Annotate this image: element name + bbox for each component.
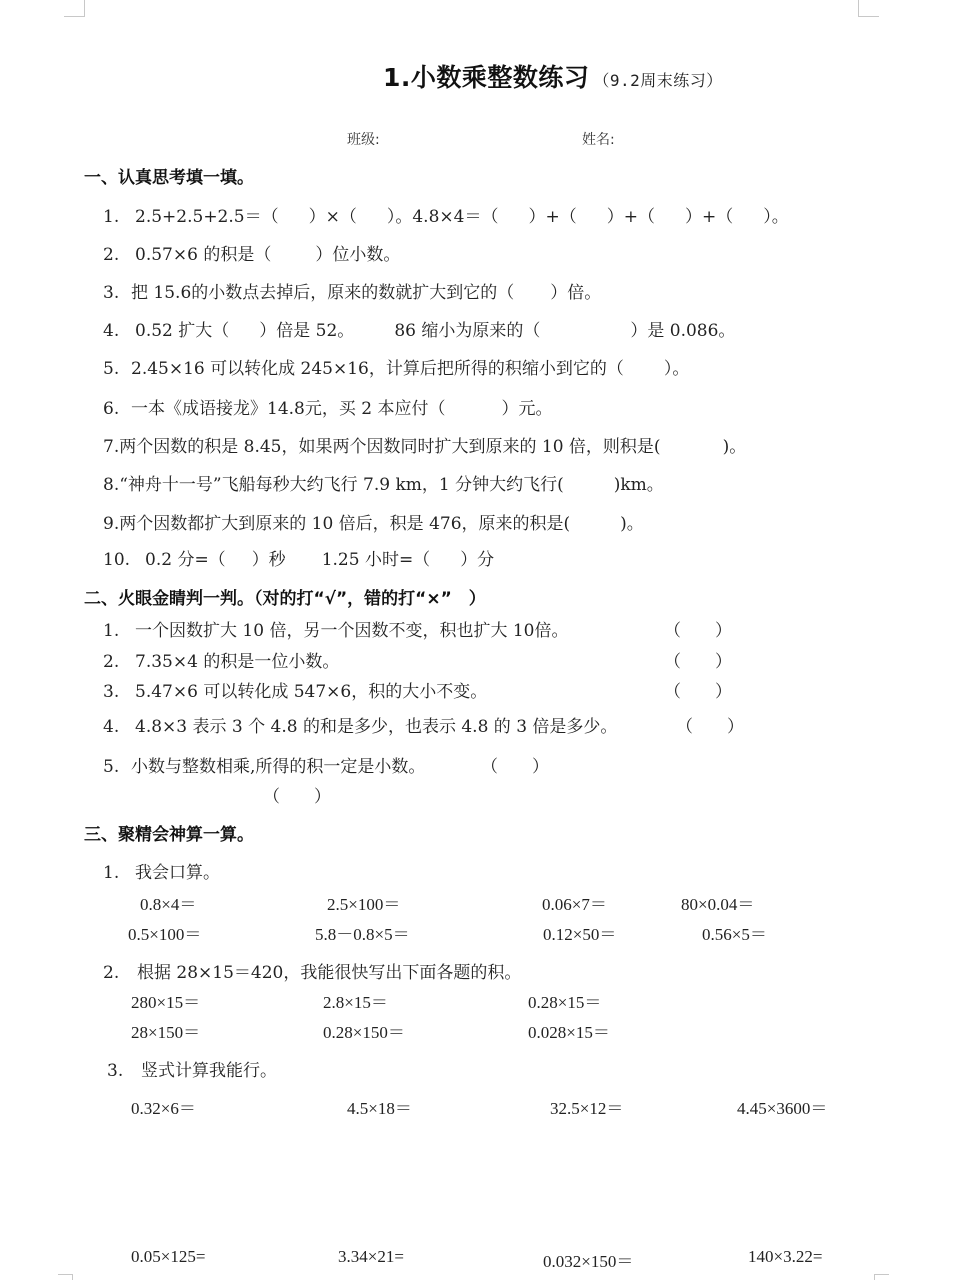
- oral-calc-item: 0.8×4＝: [140, 890, 196, 915]
- question-number: 5.: [103, 757, 131, 777]
- s2-answer-bracket-5[interactable]: （ ）: [481, 752, 549, 777]
- question-text: 7.35×4 的积是一位小数。: [135, 652, 339, 672]
- question-text: )km。: [614, 475, 664, 495]
- s1-question-9: 9.两个因数都扩大到原来的 10 倍后，积是 476，原来的积是()。: [103, 509, 644, 534]
- question-number: 5.: [103, 359, 131, 379]
- question-text: 5.47×6 可以转化成 547×6，积的大小不变。: [135, 682, 487, 702]
- class-field-label: 班级:: [347, 129, 380, 149]
- vertical-calc-item: 0.05×125=: [131, 1247, 205, 1267]
- question-text: )。: [620, 514, 644, 534]
- vertical-calc-item: 32.5×12＝: [550, 1094, 623, 1119]
- s1-question-10: 10.0.2 分=（）秒1.25 小时=（）分: [103, 545, 494, 570]
- question-text: 2.45×16 可以转化成 245×16，计算后把所得的积缩小到它的（: [131, 359, 624, 379]
- question-text: ）+（: [685, 207, 733, 227]
- s1-question-7: 7.两个因数的积是 8.45，如果两个因数同时扩大到原来的 10 倍，则积是()…: [103, 432, 746, 457]
- vertical-calc-item: 0.032×150＝: [543, 1247, 633, 1272]
- question-text: 0.57×6 的积是（: [135, 245, 271, 265]
- s2-extra-bracket[interactable]: （ ）: [263, 782, 331, 807]
- question-text: 一本《成语接龙》14.8元，买 2 本应付（: [131, 399, 445, 419]
- question-number: 7.: [103, 437, 119, 457]
- s1-question-3: 3.把 15.6的小数点去掉后，原来的数就扩大到它的（）倍。: [103, 278, 601, 303]
- question-number: 3.: [103, 283, 131, 303]
- oral-calc-item: 5.8－0.8×5＝: [315, 920, 410, 945]
- question-text: ）元。: [501, 399, 552, 419]
- question-text: ）。: [763, 207, 789, 227]
- oral-calc-item: 0.56×5＝: [702, 920, 767, 945]
- question-number: 2.: [103, 245, 135, 265]
- question-text: 1.25 小时=（: [322, 550, 431, 570]
- s2-answer-bracket-2[interactable]: （ ）: [664, 647, 732, 672]
- product-calc-item: 2.8×15＝: [323, 988, 388, 1013]
- question-number: 2.: [103, 652, 135, 672]
- s1-question-8: 8.“神舟十一号”飞船每秒大约飞行 7.9 km，1 分钟大约飞行()km。: [103, 470, 664, 495]
- section-1-heading: 一、认真思考填一填。: [84, 163, 254, 188]
- question-number: 1.: [103, 621, 135, 641]
- title-subtitle: （9.2周末练习）: [593, 71, 722, 90]
- question-number: 3.: [107, 1061, 141, 1081]
- question-number: 1.: [103, 863, 135, 883]
- question-text: 2.5+2.5+2.5＝（: [135, 207, 279, 227]
- question-number: 2.: [103, 963, 137, 983]
- question-number: 6.: [103, 399, 131, 419]
- oral-calc-item: 2.5×100＝: [327, 890, 400, 915]
- s3-part-2-label: 2.根据 28×15＝420，我能很快写出下面各题的积。: [103, 958, 521, 983]
- crop-mark-top-right: [858, 0, 879, 17]
- question-text: 竖式计算我能行。: [141, 1061, 277, 1081]
- s2-question-4: 4.4.8×3 表示 3 个 4.8 的和是多少，也表示 4.8 的 3 倍是多…: [103, 712, 617, 737]
- name-field-label: 姓名:: [582, 129, 615, 149]
- vertical-calc-item: 4.45×3600＝: [737, 1094, 827, 1119]
- product-calc-item: 0.28×15＝: [528, 988, 601, 1013]
- question-text: ）分: [460, 550, 494, 570]
- s2-question-2: 2.7.35×4 的积是一位小数。: [103, 647, 339, 672]
- s1-question-2: 2.0.57×6 的积是（）位小数。: [103, 240, 400, 265]
- oral-calc-item: 0.06×7＝: [542, 890, 607, 915]
- s2-question-5: 5.小数与整数相乘,所得的积一定是小数。: [103, 752, 425, 777]
- question-text: ）+（: [607, 207, 655, 227]
- crop-mark-bottom-left: [58, 1274, 73, 1280]
- question-text: ）。: [664, 359, 690, 379]
- product-calc-item: 280×15＝: [131, 988, 200, 1013]
- s1-question-5: 5.2.45×16 可以转化成 245×16，计算后把所得的积缩小到它的（）。: [103, 354, 689, 379]
- oral-calc-item: 0.5×100＝: [128, 920, 201, 945]
- question-text: ）。4.8×4＝（: [387, 207, 499, 227]
- vertical-calc-item: 0.32×6＝: [131, 1094, 196, 1119]
- question-text: “神舟十一号”飞船每秒大约飞行 7.9 km，1 分钟大约飞行(: [119, 475, 564, 495]
- s2-answer-bracket-4[interactable]: （ ）: [676, 712, 744, 737]
- vertical-calc-item: 4.5×18＝: [347, 1094, 412, 1119]
- question-text: 两个因数的积是 8.45，如果两个因数同时扩大到原来的 10 倍，则积是(: [119, 437, 660, 457]
- oral-calc-item: 80×0.04＝: [681, 890, 754, 915]
- question-number: 8.: [103, 475, 119, 495]
- crop-mark-bottom-right: [874, 1274, 889, 1280]
- s2-question-3: 3.5.47×6 可以转化成 547×6，积的大小不变。: [103, 677, 487, 702]
- question-text: 0.52 扩大（: [135, 321, 229, 341]
- question-number: 9.: [103, 514, 119, 534]
- question-text: ）倍是 52。: [259, 321, 354, 341]
- question-text: ）是 0.086。: [630, 321, 735, 341]
- question-text: 0.2 分=（: [145, 550, 226, 570]
- crop-mark-top-left: [64, 0, 85, 17]
- question-text: 4.8×3 表示 3 个 4.8 的和是多少，也表示 4.8 的 3 倍是多少。: [135, 717, 617, 737]
- s1-question-1: 1.2.5+2.5+2.5＝（）×（）。4.8×4＝（）+（）+（）+（）。: [103, 202, 789, 227]
- product-calc-item: 0.028×15＝: [528, 1018, 610, 1043]
- question-text: 根据 28×15＝420，我能很快写出下面各题的积。: [137, 963, 521, 983]
- question-text: ）倍。: [550, 283, 601, 303]
- vertical-calc-item: 140×3.22=: [748, 1247, 822, 1267]
- s3-part-3-label: 3.竖式计算我能行。: [107, 1056, 277, 1081]
- question-text: ）×（: [309, 207, 357, 227]
- s1-question-6: 6.一本《成语接龙》14.8元，买 2 本应付（）元。: [103, 394, 552, 419]
- s2-answer-bracket-3[interactable]: （ ）: [664, 677, 732, 702]
- product-calc-item: 28×150＝: [131, 1018, 200, 1043]
- question-text: ）位小数。: [315, 245, 400, 265]
- oral-calc-item: 0.12×50＝: [543, 920, 616, 945]
- product-calc-item: 0.28×150＝: [323, 1018, 405, 1043]
- question-text: 两个因数都扩大到原来的 10 倍后，积是 476，原来的积是(: [119, 514, 570, 534]
- section-2-heading: 二、火眼金睛判一判。（对的打“√”，错的打“×” ）: [84, 584, 486, 609]
- section-3-heading: 三、聚精会神算一算。: [84, 820, 254, 845]
- s2-answer-bracket-1[interactable]: （ ）: [664, 616, 732, 641]
- question-number: 4.: [103, 717, 135, 737]
- question-text: 把 15.6的小数点去掉后，原来的数就扩大到它的（: [131, 283, 514, 303]
- s3-part-1-label: 1.我会口算。: [103, 858, 220, 883]
- page-title: 1.小数乘整数练习（9.2周末练习）: [383, 58, 723, 94]
- question-text: 86 缩小为原来的（: [394, 321, 540, 341]
- question-number: 1.: [103, 207, 135, 227]
- question-text: ）秒: [252, 550, 286, 570]
- question-number: 4.: [103, 321, 135, 341]
- question-text: ）+（: [528, 207, 576, 227]
- title-main: 1.小数乘整数练习: [383, 63, 589, 92]
- question-number: 10.: [103, 550, 145, 570]
- question-text: )。: [723, 437, 747, 457]
- question-text: 小数与整数相乘,所得的积一定是小数。: [131, 757, 425, 777]
- vertical-calc-item: 3.34×21=: [338, 1247, 404, 1267]
- question-text: 一个因数扩大 10 倍，另一个因数不变，积也扩大 10倍。: [135, 621, 568, 641]
- question-text: 我会口算。: [135, 863, 220, 883]
- question-number: 3.: [103, 682, 135, 702]
- s2-question-1: 1.一个因数扩大 10 倍，另一个因数不变，积也扩大 10倍。: [103, 616, 568, 641]
- s1-question-4: 4.0.52 扩大（）倍是 52。86 缩小为原来的（）是 0.086。: [103, 316, 735, 341]
